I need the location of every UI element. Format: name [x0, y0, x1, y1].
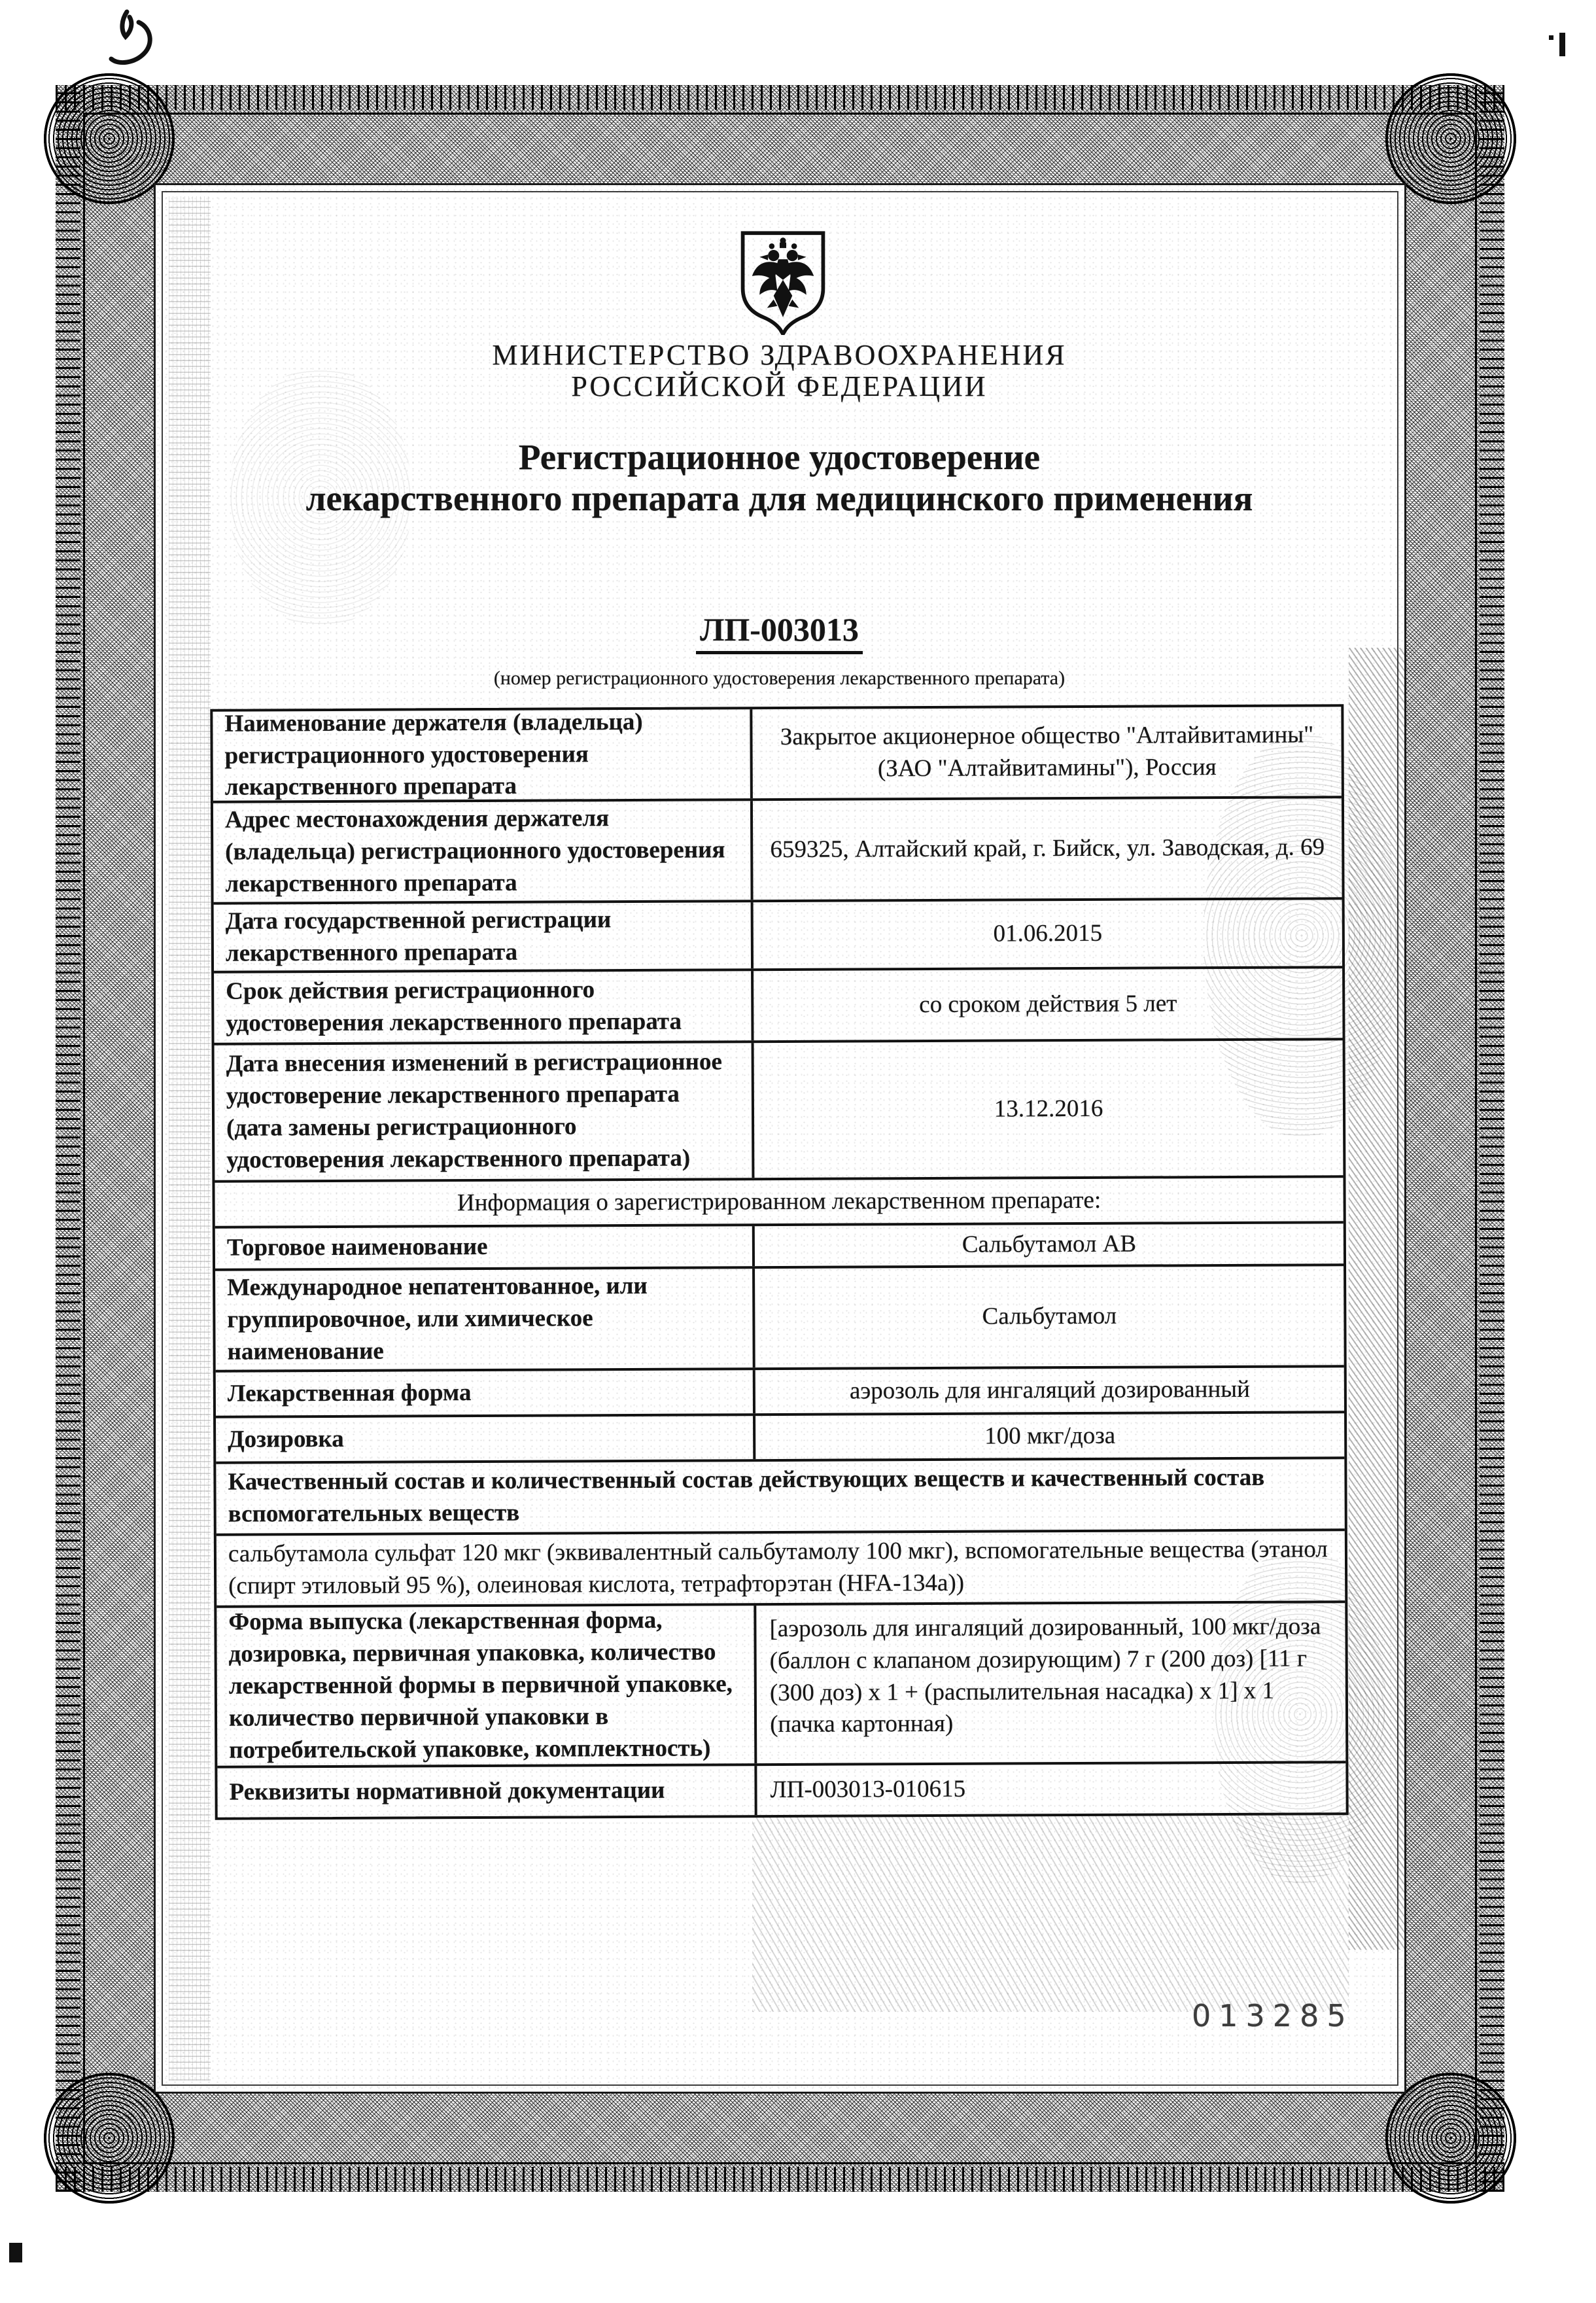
row-value: аэрозоль для ингаляций дозированный [755, 1367, 1344, 1413]
table-row: Торговое наименование Сальбутамол АВ [215, 1223, 1344, 1271]
row-value: ЛП-003013-010615 [757, 1763, 1345, 1815]
row-value: Закрытое акционерное общество "Алтайвита… [752, 707, 1341, 798]
table-row: Адрес местонахождения держателя (владель… [213, 798, 1342, 905]
table-row: Лекарственная форма аэрозоль для ингаляц… [216, 1367, 1344, 1418]
corner-mark-dot [1549, 35, 1553, 40]
table-row: Международное непатентованное, или групп… [215, 1266, 1344, 1373]
row-value: 659325, Алтайский край, г. Бийск, ул. За… [753, 798, 1342, 900]
table-row-section: Качественный состав и количественный сос… [216, 1459, 1344, 1536]
row-label: Торговое наименование [215, 1226, 755, 1269]
ministry-name-line2: РОССИЙСКОЙ ФЕДЕРАЦИИ [213, 372, 1346, 401]
row-label: Лекарственная форма [216, 1370, 755, 1416]
certificate-table: Наименование держателя (владельца) регис… [210, 704, 1348, 1820]
row-value: со сроком действия 5 лет [754, 968, 1342, 1040]
row-label: Международное непатентованное, или групп… [215, 1269, 755, 1370]
document-title-line1: Регистрационное удостоверение [213, 439, 1346, 475]
table-row-section: сальбутамола сульфат 120 мкг (эквивалент… [217, 1531, 1345, 1608]
scan-artifact [9, 2243, 22, 2262]
row-label: Срок действия регистрационного удостовер… [214, 971, 754, 1043]
table-row: Наименование держателя (владельца) регис… [213, 707, 1342, 803]
row-label: Реквизиты нормативной документации [217, 1766, 757, 1818]
table-row: Дата государственной регистрации лекарст… [214, 900, 1342, 974]
coat-of-arms-icon [734, 230, 832, 335]
table-row-section: Информация о зарегистрированном лекарств… [215, 1178, 1343, 1229]
row-value: 100 мкг/доза [755, 1413, 1344, 1459]
section-title: Информация о зарегистрированном лекарств… [215, 1178, 1343, 1226]
row-label: Дата внесения изменений в регистрационно… [215, 1043, 755, 1180]
row-label: Форма выпуска (лекарственная форма, дози… [217, 1606, 757, 1766]
row-label: Дата государственной регистрации лекарст… [214, 902, 754, 971]
ministry-name-line1: МИНИСТЕРСТВО ЗДРАВООХРАНЕНИЯ [213, 341, 1346, 370]
registration-number-caption: (номер регистрационного удостоверения ле… [213, 667, 1346, 690]
table-row: Реквизиты нормативной документации ЛП-00… [217, 1763, 1345, 1818]
serial-number: 013285 [1192, 1998, 1354, 2033]
row-label: Дозировка [216, 1416, 755, 1462]
composition-text: сальбутамола сульфат 120 мкг (эквивалент… [217, 1531, 1345, 1606]
row-label: Адрес местонахождения держателя (владель… [213, 801, 754, 902]
row-value: [аэрозоль для ингаляций дозированный, 10… [756, 1603, 1345, 1763]
row-value: 13.12.2016 [754, 1040, 1344, 1178]
row-value: Сальбутамол [755, 1266, 1344, 1367]
scan-streak-texture [169, 196, 211, 2081]
corner-mark-bar [1559, 33, 1565, 56]
registration-number-text: ЛП-003013 [696, 610, 863, 654]
row-label: Наименование держателя (владельца) регис… [213, 709, 753, 801]
section-title: Качественный состав и количественный сос… [216, 1459, 1344, 1534]
table-row: Дата внесения изменений в регистрационно… [215, 1040, 1344, 1183]
table-row: Дозировка 100 мкг/доза [216, 1413, 1344, 1464]
corner-mark [1545, 29, 1578, 60]
table-row: Срок действия регистрационного удостовер… [214, 968, 1342, 1046]
document-title-line2: лекарственного препарата для медицинског… [213, 480, 1346, 516]
row-value: Сальбутамол АВ [755, 1223, 1344, 1266]
registration-number: ЛП-003013 [213, 610, 1346, 654]
table-row: Форма выпуска (лекарственная форма, дози… [217, 1603, 1345, 1768]
row-value: 01.06.2015 [754, 900, 1342, 968]
